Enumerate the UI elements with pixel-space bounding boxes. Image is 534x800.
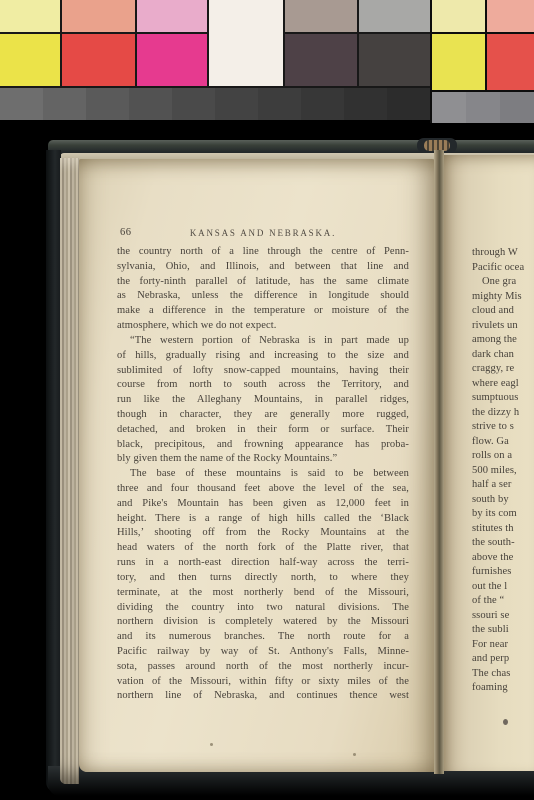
text-line: sumptuous	[472, 391, 534, 406]
text-line: the forty-ninth parallel of latitude, ha…	[117, 275, 409, 290]
book-gutter-crease	[434, 150, 444, 774]
text-line: The chas	[472, 667, 534, 682]
grayscale-step	[86, 88, 129, 120]
running-header: KANSAS AND NEBRASKA.	[117, 228, 409, 238]
text-line: among the	[472, 333, 534, 348]
grayscale-step	[500, 92, 534, 123]
text-line: runs in a north-east direction half-way …	[117, 556, 409, 571]
patch-yellow	[432, 34, 485, 90]
text-line: sylvania, Ohio, and Illinois, and betwee…	[117, 260, 409, 275]
grayscale-step	[344, 88, 387, 120]
body-text-partial: through WPacific oceaOne gramighty Miscl…	[472, 246, 534, 696]
grayscale-step	[215, 88, 258, 120]
text-line: One gra	[472, 275, 534, 290]
text-line: the subli	[472, 623, 534, 638]
patch-gray	[359, 0, 430, 32]
text-line: northern line of Nebraska, and continues…	[117, 689, 409, 704]
text-line: sota, passes around north of the most no…	[117, 660, 409, 675]
patch-red	[62, 34, 135, 86]
text-line: detached, and broken in their form or su…	[117, 423, 409, 438]
text-line: where eagl	[472, 377, 534, 392]
text-line: three and four thousand feet above the l…	[117, 482, 409, 497]
text-line: black, precipitous, and frowning appeara…	[117, 438, 409, 453]
text-line: and its numerous branches. The north rou…	[117, 630, 409, 645]
book-cover-left-edge	[46, 150, 61, 792]
patch-white	[209, 0, 283, 86]
text-line: For near	[472, 638, 534, 653]
text-line: Hills,’ shooting off from the Rocky Moun…	[117, 526, 409, 541]
text-line: mighty Mis	[472, 290, 534, 305]
patch-salmon	[62, 0, 135, 32]
text-line: stitutes th	[472, 522, 534, 537]
patch-charcoal	[359, 34, 430, 86]
text-line: strive to s	[472, 420, 534, 435]
grayscale-step	[43, 88, 86, 120]
text-line: craggy, re	[472, 362, 534, 377]
page-speck	[210, 743, 213, 746]
text-line: atmosphere, which we do not expect.	[117, 319, 409, 334]
text-line: the south-	[472, 536, 534, 551]
patch-magenta	[137, 34, 207, 86]
page-speck	[353, 753, 356, 756]
grayscale-step	[387, 88, 430, 120]
text-line: The base of these mountains is said to b…	[117, 467, 409, 482]
patch-yellow	[0, 34, 60, 86]
text-line: though in character, they are generally …	[117, 408, 409, 423]
patch-pink	[137, 0, 207, 32]
text-line: northern division is completely watered …	[117, 615, 409, 630]
patch-salmon	[487, 0, 534, 32]
text-line: tory, and then turns directly north, to …	[117, 571, 409, 586]
text-line: the country north of a line through the …	[117, 245, 409, 260]
text-line: foaming	[472, 681, 534, 696]
text-line: sublimited of lofty snow-capped mountain…	[117, 364, 409, 379]
text-line: dividing the country into two natural di…	[117, 601, 409, 616]
text-line: half a ser	[472, 478, 534, 493]
patch-pale-yellow	[432, 0, 485, 32]
color-calibration-target-secondary	[430, 0, 534, 123]
patch-pale-yellow	[0, 0, 60, 32]
book-scan-photo: 66 KANSAS AND NEBRASKA. the country nort…	[0, 0, 534, 800]
patch-maroon	[285, 34, 357, 86]
text-line: out the l	[472, 580, 534, 595]
text-line: bly given them the name of the Rocky Mou…	[117, 452, 409, 467]
grayscale-step	[172, 88, 215, 120]
text-line: dark chan	[472, 348, 534, 363]
grayscale-strip	[432, 92, 534, 123]
page-header-row: 66 KANSAS AND NEBRASKA.	[117, 227, 409, 241]
text-line: rivulets un	[472, 319, 534, 334]
text-line: Pacific railway by way of St. Anthony's …	[117, 645, 409, 660]
text-line: run like the Alleghany Mountains, in par…	[117, 393, 409, 408]
grayscale-step	[301, 88, 344, 120]
text-line: the dizzy h	[472, 406, 534, 421]
text-line: terminate, at the most northerly bend of…	[117, 586, 409, 601]
text-line: flow. Ga	[472, 435, 534, 450]
grayscale-step	[0, 88, 43, 120]
text-line: make a difference in the temperature or …	[117, 304, 409, 319]
text-line: by its com	[472, 507, 534, 522]
left-page: 66 KANSAS AND NEBRASKA. the country nort…	[79, 159, 436, 772]
text-line: of hills, gradually rising and increasin…	[117, 349, 409, 364]
text-line: height. There is a range of high hills c…	[117, 512, 409, 527]
text-line: and Pike's Mountain has been given as 12…	[117, 497, 409, 512]
text-line: through W	[472, 246, 534, 261]
text-line: above the	[472, 551, 534, 566]
text-line: 500 miles,	[472, 464, 534, 479]
page-fore-edges	[60, 158, 79, 784]
text-line: head waters of the north fork of the Pla…	[117, 541, 409, 556]
grayscale-step	[466, 92, 500, 123]
text-line: furnishes	[472, 565, 534, 580]
body-text: the country north of a line through the …	[117, 245, 409, 704]
color-calibration-target	[0, 0, 430, 120]
text-line: course from north to south across the Te…	[117, 378, 409, 393]
ink-mark	[503, 719, 508, 725]
right-page-partial: through WPacific oceaOne gramighty Miscl…	[444, 155, 534, 771]
text-line: vation of the Missouri, within fifty or …	[117, 675, 409, 690]
patch-taupe	[285, 0, 357, 32]
text-line: south by	[472, 493, 534, 508]
text-line: ssouri se	[472, 609, 534, 624]
text-line: of the “	[472, 594, 534, 609]
text-line: and perp	[472, 652, 534, 667]
text-line: cloud and	[472, 304, 534, 319]
text-line: Pacific ocea	[472, 261, 534, 276]
patch-red	[487, 34, 534, 90]
text-line: “The western portion of Nebraska is in p…	[117, 334, 409, 349]
grayscale-step	[129, 88, 172, 120]
text-line: rolls on a	[472, 449, 534, 464]
text-line: as Nebraska, unless the difference in lo…	[117, 289, 409, 304]
grayscale-step	[432, 92, 466, 123]
grayscale-strip	[0, 88, 430, 120]
grayscale-step	[258, 88, 301, 120]
